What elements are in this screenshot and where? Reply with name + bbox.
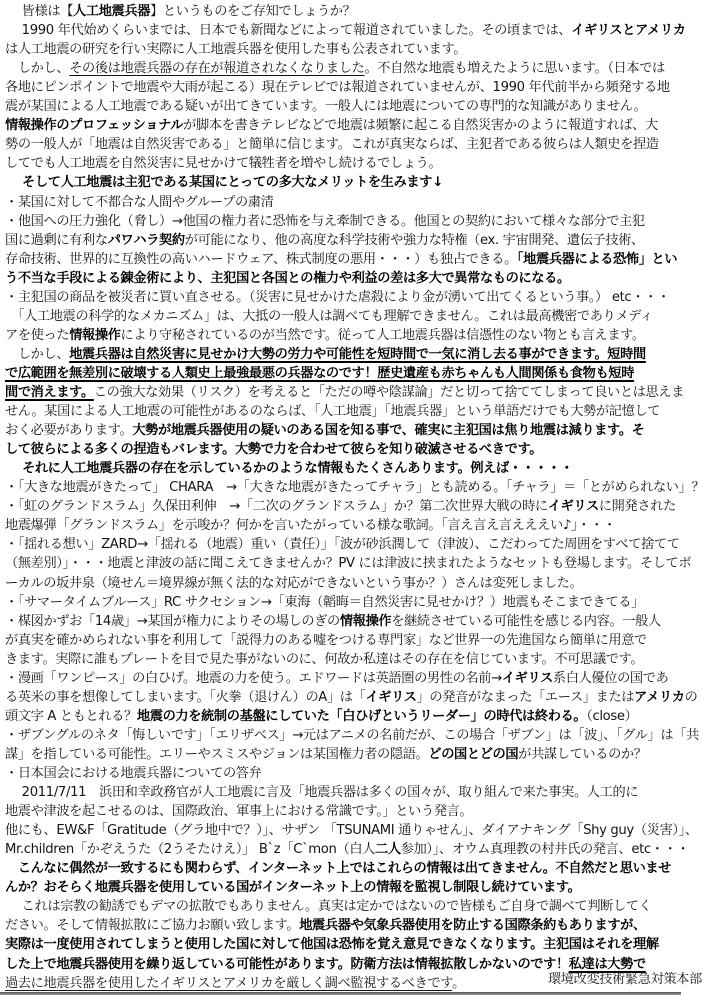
bold-text: それに人工地震兵器の存在を示しているかのような情報もたくさんあります。例えば・・…: [5, 461, 573, 476]
signature-line: 環境改変技術緊急対策本部: [5, 970, 708, 990]
text-span: の: [685, 690, 698, 705]
signature: 環境改変技術緊急対策本部: [548, 970, 702, 990]
text-line: それに人工地震兵器の存在を示しているかのような情報もたくさんあります。例えば・・…: [5, 459, 708, 479]
bold-text: イギリスとアメリカ: [571, 23, 685, 38]
bold-text: 実際は一度使用されてしまうと使用した国に対して他国は恐怖を覚え意見できなくなりま…: [5, 937, 659, 952]
text-span: 勢の一般人が「地震は自然災害である」と簡単に信じます。これが真実ならば、主犯者で…: [5, 137, 659, 152]
bold-text: イギリス: [365, 690, 416, 705]
document-page: 皆様は【人工地震兵器】というものをご存知でしょうか？ 1990 年代始めくらいま…: [0, 0, 711, 1006]
text-line: ・某国に対して不都合な人間やグループの粛清: [5, 193, 708, 213]
text-span: 謀」を指している可能性。エリーやスミスやジョンは某国権力者の隠語。: [5, 747, 428, 762]
text-line: 謀」を指している可能性。エリーやスミスやジョンは某国権力者の隠語。どの国とどの国…: [5, 745, 708, 765]
text-span: ーカルの坂井泉（境せん＝境界線が無く法的な対応ができないという事か？）さんは変死…: [5, 576, 582, 591]
bold-text: こんなに偶然が一致するにも関わらず、インターネット上ではこれらの情報は出てきませ…: [5, 861, 671, 876]
text-span: 1990 年代始めくらいまでは、日本でも新聞などによって報道されていました。その…: [5, 23, 571, 38]
text-line: おく必要があります。大勢が地震兵器使用の疑いのある国を知る事で、確実に主犯国は焦…: [5, 421, 708, 441]
text-line: ・漫画「ワンピース」の白ひげ。地震の力を使う。エドワードは英語圏の男性の名前→イ…: [5, 669, 708, 689]
text-line: （無差別）」・・・地震と津波の話に聞こえてきませんか？PV には津波に挟まれたよ…: [5, 554, 708, 574]
bold-text: そして人工地震は主犯である某国にとっての多大なメリットを生みます↓: [5, 175, 443, 190]
text-span: ・日本国会における地震兵器についての答弁: [5, 766, 261, 781]
text-span: ・「虹のグランドスラム」久保田利伸 →「二次のグランドスラム」か？第二次世界大戦…: [5, 499, 548, 514]
text-line: しかし、その後は地震兵器の存在が報道されなくなりました。不自然な地震も増えたよう…: [5, 59, 708, 79]
text-span: （無差別）」・・・地震と津波の話に聞こえてきませんか？PV には津波に挟まれたよ…: [5, 556, 691, 571]
text-span: を継続させている可能性を感じる内容。一般人: [391, 614, 661, 629]
bold-text: 情報操作: [340, 614, 391, 629]
bold-text: んか？おそらく地震兵器を使用している国がインターネット上の情報を監視し制限し続け…: [5, 880, 580, 895]
text-line: ・「揺れる想い」ZARD→「揺れる（地震）重い（責任）」「波が砂浜潤して（津波）…: [5, 535, 708, 555]
bold-text: 「地震兵器による恐怖」とい: [517, 252, 677, 267]
text-span: ・主犯国の商品を被災者に買い直させる。（災害に見せかけた虐殺により金が湧いて出て…: [5, 290, 670, 305]
text-span: これは宗教の勧誘でもデマの拡散でもありません。真実は定かではないので皆様もご自身…: [5, 899, 652, 914]
text-line: ・「虹のグランドスラム」久保田利伸 →「二次のグランドスラム」か？第二次世界大戦…: [5, 497, 708, 517]
bold-text: して彼らによる多くの捏造もバレます。大勢で力を合わせて彼らを知り破滅させるべきで…: [5, 442, 542, 457]
underlined-text: で広範囲を無差別に破壊する人類史上最強最悪の兵器なのです！歴史遺産も赤ちゃんも人…: [5, 366, 634, 381]
bold-text: 地震兵器や気象兵器使用を防止する国際条約もありますが、: [299, 918, 646, 933]
bold-text: 人工地震兵器: [73, 4, 150, 19]
text-span: アを使った: [5, 328, 69, 343]
text-line: 実際は一度使用されてしまうと使用した国に対して他国は恐怖を覚え意見できなくなりま…: [5, 935, 708, 955]
text-span: 】というものをご存知でしょうか？: [150, 4, 355, 19]
text-span: ・「大きな地震がきたって」 CHARA →「大きな地震がきたってチャラ」とも読め…: [5, 480, 704, 495]
text-line: は人工地震の研究を行い実際に人工地震兵器を使用した事も公表されています。: [5, 40, 708, 60]
text-span: に開発された: [599, 499, 676, 514]
bold-text: う不当な手段による錬金術により、主犯国と各国との権力や利益の差は多大で異常なもの…: [5, 271, 570, 286]
text-line: が真実を確かめられない事を利用して「説得力のある嘘をつける専門家」など世界一の先…: [5, 631, 708, 651]
text-line: 存命技術、世界的に互換性の高いハードウェア、株式制度の悪用・・・）も独占できる。…: [5, 250, 708, 270]
bold-text: 情報操作のプロフェッショナル: [5, 118, 183, 133]
text-line: せん。某国による人工地震の可能性があるのならば、「人工地震」「地震兵器」という単…: [5, 402, 708, 422]
text-line: ・楳図かずお「14歳」→某国が権力によりその場しのぎの情報操作を継続させている可…: [5, 612, 708, 632]
text-line: 震が某国による人工地震である疑いが出てきています。一般人には地震についての専門的…: [5, 97, 708, 117]
bold-text: イギリス: [548, 499, 599, 514]
text-line: これは宗教の勧誘でもデマの拡散でもありません。真実は定かではないので皆様もご自身…: [5, 897, 708, 917]
text-span: 」の発音がなまった「エース」または: [417, 690, 635, 705]
text-line: きます。実際に誰もプレートを目で見た事がないのに、何故か私達はその存在を信じてい…: [5, 650, 708, 670]
bold-text: パワハラ契約: [108, 233, 185, 248]
text-span: 他にも、EW&F「Gratitude（グラ地中で？）」、サザン 「TSUNAMI…: [5, 823, 698, 838]
text-span: が真実を確かめられない事を利用して「説得力のある嘘をつける専門家」など世界一の先…: [5, 633, 647, 648]
text-line: ・主犯国の商品を被災者に買い直させる。（災害に見せかけた虐殺により金が湧いて出て…: [5, 288, 708, 308]
text-span: ・某国に対して不都合な人間やグループの粛清: [5, 195, 274, 210]
text-span: 頭文字 A ともとれる？: [5, 709, 137, 724]
bold-text: 地震の力を統制の基盤にしていた「白ひげというリーダー」の時代は終わる。: [137, 709, 586, 724]
text-line: 間で消えます。この強大な効果（リスク）を考えると「ただの噂や陰謀論」だと切って捨…: [5, 383, 708, 403]
text-span: 各地にピンポイントで地震や大雨が起こる）現在テレビでは報道されていませんが、19…: [5, 80, 670, 95]
text-line: してでも人工地震を自然災害に見せかけて犠牲者を増やし続けるでしょう。: [5, 154, 708, 174]
text-line: ・日本国会における地震兵器についての答弁: [5, 764, 708, 784]
bold-text: どの国とどの国: [428, 747, 518, 762]
text-span: が共謀しているのか？: [518, 747, 646, 762]
text-span: が脚本を書きテレビなどで地震は頻繁に起こる自然災害かのように報道すれば、大: [183, 118, 658, 133]
text-span: しかし、: [5, 61, 69, 76]
text-line: しかし、地震兵器は自然災害に見せかけ大勢の労力や可能性を短時間で一気に消し去る事…: [5, 345, 708, 365]
text-line: で広範囲を無差別に破壊する人類史上最強最悪の兵器なのです！歴史遺産も赤ちゃんも人…: [5, 364, 708, 384]
bold-text: 大勢が地震兵器使用の疑いのある国を知る事で、確実に主犯国は焦り地震は減ります。そ: [132, 423, 644, 438]
text-span: 地震爆弾「グランドスラム」を示唆か？何かを言いたがっている様な歌詞。「言え言え言…: [5, 518, 616, 533]
text-span: ・他国への圧力強化（脅し）→他国の権力者に恐怖を与え牽制できる。他国との契約にお…: [5, 214, 645, 229]
underlined-text: 間で消えます。: [5, 385, 94, 400]
text-line: 頭文字 A ともとれる？地震の力を統制の基盤にしていた「白ひげというリーダー」の…: [5, 707, 708, 727]
text-line: 各地にピンポイントで地震や大雨が起こる）現在テレビでは報道されていませんが、19…: [5, 78, 708, 98]
text-line: して彼らによる多くの捏造もバレます。大勢で力を合わせて彼らを知り破滅させるべきで…: [5, 440, 708, 460]
bold-text: アメリカ: [634, 690, 684, 705]
text-span: は人工地震の研究を行い実際に人工地震兵器を使用した事も公表されています。: [5, 42, 466, 57]
text-span: ・楳図かずお「14歳」→某国が権力によりその場しのぎの: [5, 614, 340, 629]
text-line: 他にも、EW&F「Gratitude（グラ地中で？）」、サザン 「TSUNAMI…: [5, 821, 708, 841]
bottom-divider: [0, 992, 681, 995]
text-span: ・ザブングルのネタ「悔しいです」「エリザベス」→元はアニメの名前だが、この場合「…: [5, 728, 699, 743]
text-span: 震が某国による人工地震である疑いが出てきています。一般人には地震についての専門的…: [5, 99, 646, 114]
text-line: ださい。そして情報拡散にご協力お願い致します。地震兵器や気象兵器使用を防止する国…: [5, 916, 708, 936]
text-line: る英米の事を想像してしまいます。「火拳（退けん）のA」は「イギリス」の発音がなま…: [5, 688, 708, 708]
text-line: Mr.children「かぞえうた（2うそたけえ）」 B`z「C`mon（白人二…: [5, 840, 708, 860]
text-line: ・ザブングルのネタ「悔しいです」「エリザベス」→元はアニメの名前だが、この場合「…: [5, 726, 708, 746]
text-line: う不当な手段による錬金術により、主犯国と各国との権力や利益の差は多大で異常なもの…: [5, 269, 708, 289]
text-line: 国に過剰に有利なパワハラ契約が可能になり、他の高度な科学技術や強力な特権（ex.…: [5, 231, 708, 251]
text-span: 地震や津波を起こせるのは、国際政治、軍事上における常識です。」という発言。: [5, 804, 472, 819]
text-span: おく必要があります。: [5, 423, 132, 438]
text-line: 地震や津波を起こせるのは、国際政治、軍事上における常識です。」という発言。: [5, 802, 708, 822]
text-span: ださい。そして情報拡散にご協力お願い致します。: [5, 918, 299, 933]
text-line: ーカルの坂井泉（境せん＝境界線が無く法的な対応ができないという事か？）さんは変死…: [5, 574, 708, 594]
text-span: せん。某国による人工地震の可能性があるのならば、「人工地震」「地震兵器」という単…: [5, 404, 660, 419]
text-span: この強大な効果（リスク）を考えると「ただの噂や陰謀論」だと切って捨ててしまって良…: [94, 385, 684, 400]
text-span: 国に過剰に有利な: [5, 233, 108, 248]
bold-text: イギリス: [502, 671, 553, 686]
text-line: 1990 年代始めくらいまでは、日本でも新聞などによって報道されていました。その…: [5, 21, 708, 41]
text-span: 系白人優位の国であ: [553, 671, 669, 686]
text-span: ・「揺れる想い」ZARD→「揺れる（地震）重い（責任）」「波が砂浜潤して（津波）…: [5, 537, 680, 552]
text-span: してでも人工地震を自然災害に見せかけて犠牲者を増やし続けるでしょう。: [5, 156, 441, 171]
text-line: そして人工地震は主犯である某国にとっての多大なメリットを生みます↓: [5, 173, 708, 193]
text-line: んか？おそらく地震兵器を使用している国がインターネット上の情報を監視し制限し続け…: [5, 878, 708, 898]
text-span: きます。実際に誰もプレートを目で見た事がないのに、何故か私達はその存在を信じてい…: [5, 652, 643, 667]
text-span: により守秘されているのが当然です。従って人工地震兵器は信憑性のない物とも言えます…: [121, 328, 645, 343]
text-line: ・他国への圧力強化（脅し）→他国の権力者に恐怖を与え牽制できる。他国との契約にお…: [5, 212, 708, 232]
text-span: が可能になり、他の高度な科学技術や強力な特権（ex. 宇宙開発、遺伝子技術、: [185, 233, 644, 248]
text-line: こんなに偶然が一致するにも関わらず、インターネット上ではこれらの情報は出てきませ…: [5, 859, 708, 879]
text-span: ・「サマータイムブルース」RC サクセション→「東海（韜晦＝自然災害に見せかけ？…: [5, 595, 644, 610]
bold-text: 二人: [375, 842, 401, 857]
text-span: 。不自然な地震も増えたように思います。（日本では: [364, 61, 664, 76]
text-line: アを使った情報操作により守秘されているのが当然です。従って人工地震兵器は信憑性の…: [5, 326, 708, 346]
text-line: 情報操作のプロフェッショナルが脚本を書きテレビなどで地震は頻繁に起こる自然災害か…: [5, 116, 708, 136]
text-line: 皆様は【人工地震兵器】というものをご存知でしょうか？: [5, 2, 708, 22]
text-span: 2011/7/11 浜田和幸政務官が人工地震に言及「地震兵器は多くの国々が、取り…: [5, 785, 638, 800]
text-span: Mr.children「かぞえうた（2うそたけえ）」 B`z「C`mon（白人: [5, 842, 375, 857]
text-span: しかし、: [5, 347, 69, 362]
text-span: （close）: [586, 709, 637, 724]
text-span: る英米の事を想像してしまいます。「火拳（退けん）のA」は「: [5, 690, 365, 705]
text-span: 参加）」、オウム真理教の村井氏の発言、etc・・・: [401, 842, 690, 857]
text-span: ・漫画「ワンピース」の白ひげ。地震の力を使う。エドワードは英語圏の男性の名前→: [5, 671, 502, 686]
bold-text: 情報操作: [69, 328, 120, 343]
text-line: ・「大きな地震がきたって」 CHARA →「大きな地震がきたってチャラ」とも読め…: [5, 478, 708, 498]
text-line: ・「サマータイムブルース」RC サクセション→「東海（韜晦＝自然災害に見せかけ？…: [5, 593, 708, 613]
text-span: 存命技術、世界的に互換性の高いハードウェア、株式制度の悪用・・・）も独占できる。: [5, 252, 517, 267]
text-line: 2011/7/11 浜田和幸政務官が人工地震に言及「地震兵器は多くの国々が、取り…: [5, 783, 708, 803]
underlined-text: その後は地震兵器の存在が報道されなくなりました: [69, 61, 364, 76]
text-span: 「人工地震の科学的なメカニズム」は、大抵の一般人は調べても理解できません。これは…: [5, 309, 653, 324]
text-span: 皆様は【: [5, 4, 73, 19]
underlined-text: 地震兵器は自然災害に見せかけ大勢の労力や可能性を短時間で一気に消し去る事ができま…: [69, 347, 646, 362]
text-line: 地震爆弾「グランドスラム」を示唆か？何かを言いたがっている様な歌詞。「言え言え言…: [5, 516, 708, 536]
text-line: 勢の一般人が「地震は自然災害である」と簡単に信じます。これが真実ならば、主犯者で…: [5, 135, 708, 155]
text-line: 「人工地震の科学的なメカニズム」は、大抵の一般人は調べても理解できません。これは…: [5, 307, 708, 327]
